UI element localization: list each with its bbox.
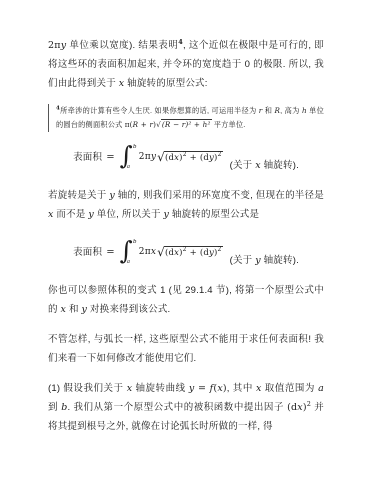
paragraph-y-axis-case: 若旋转是关于 y 轴的, 则我们采用的环宽度不变, 但现在的半径是 x 而不是 … (48, 186, 324, 224)
text-segment: 若旋转是关于 (48, 190, 109, 201)
math-segment: 2 (218, 151, 222, 158)
integral-sign: ∫ b a (120, 141, 137, 173)
formula-lhs: 表面积 (73, 243, 102, 262)
integrand-coefficient: 2πy (139, 148, 156, 167)
math-segment: (d (165, 153, 174, 163)
text-segment: 轴旋转的原型公式是 (169, 209, 259, 220)
text-segment: 不管怎样, 与弧长一样, 这些原型公式不能用于求任何表面积! 我们来看一下如何修… (48, 334, 324, 364)
math-segment: 2π (139, 247, 151, 257)
math-segment: (d (287, 402, 297, 413)
text-segment: , 高为 (280, 106, 302, 115)
text-segment: 到 (48, 402, 61, 413)
radicand: (dx)2 + (dy)2 (164, 151, 223, 164)
text-segment: 所牵涉的计算有些令人生厌. 如果你想算的话, 可运用半径为 (60, 106, 259, 115)
formula-lhs: 表面积 (73, 148, 102, 167)
math-segment: = (194, 383, 209, 394)
integral-upper-limit: b (133, 239, 137, 245)
formula-annotation: (关于 x 轴旋转). (230, 156, 299, 175)
math-segment: 2π (139, 152, 151, 162)
text-segment: 单位, 所以关于 (94, 209, 164, 220)
text-segment: (关于 (230, 255, 256, 266)
math-segment: (R − r)² + h² (161, 119, 212, 129)
integral-sign: ∫ b a (120, 236, 137, 268)
integral-lower-limit: a (127, 164, 130, 170)
text-segment: 而不是 (54, 209, 89, 220)
text-segment: , 其中 (227, 383, 256, 394)
radicand: (dx)2 + (dy)2 (164, 246, 223, 259)
text-segment: (关于 (230, 160, 256, 171)
integral-upper-limit: b (133, 144, 137, 150)
integrand-coefficient: 2πx (139, 243, 156, 262)
math-segment: + (d (187, 248, 209, 258)
math-segment: + (138, 120, 149, 129)
text-segment: 取值范围为 (262, 383, 319, 394)
paragraph-step-1: (1) 假设我们关于 x 轴旋转曲线 y = f(x), 其中 x 取值范围为 … (48, 379, 324, 436)
text-segment: 和 (66, 304, 81, 315)
math-segment: 2 (218, 246, 222, 253)
math-segment: + (d (187, 153, 209, 163)
document-page: 2πy 单位乘以宽度). 结果表明4, 这个近似在极限中是可行的, 即将这些环的… (0, 0, 370, 480)
text-segment: 对换来得到该公式. (87, 304, 170, 315)
math-segment: (d (165, 248, 174, 258)
text-segment: . 我们从第一个原型公式中的被积函数中提出因子 (67, 402, 287, 413)
math-segment: y (151, 152, 156, 162)
text-segment: 和 (262, 106, 274, 115)
formula-annotation: (关于 y 轴旋转). (230, 251, 299, 270)
text-segment: 轴旋转). (261, 160, 299, 171)
math-segment: x (151, 247, 156, 257)
text-segment: 轴的, 则我们采用的环宽度不变, 但现在的半径是 (115, 190, 324, 201)
text-segment: 轴旋转). (261, 255, 299, 266)
math-segment: a (318, 383, 324, 394)
square-root: √ (dx)2 + (dy)2 (157, 246, 222, 259)
surface-area-formula-y-axis: 表面积 = ∫ b a 2πx √ (dx)2 + (dy)2 (关于 y 轴旋… (48, 235, 324, 269)
surface-area-formula-x-axis: 表面积 = ∫ b a 2πy √ (dx)2 + (dy)2 (关于 x 轴旋… (48, 140, 324, 174)
text-segment: 平方单位. (212, 120, 246, 129)
equals-sign: = (106, 148, 115, 167)
text-segment: 单位乘以宽度). 结果表明 (66, 40, 178, 51)
text-segment: 轴旋转的原型公式: (124, 78, 207, 89)
equals-sign: = (106, 243, 115, 262)
text-segment: 轴旋转曲线 (132, 383, 189, 394)
square-root: √ (dx)2 + (dy)2 (157, 151, 222, 164)
math-segment: π( (125, 120, 133, 129)
math-segment: 2π (48, 40, 61, 51)
paragraph-caveat: 不管怎样, 与弧长一样, 这些原型公式不能用于求任何表面积! 我们来看一下如何修… (48, 330, 324, 368)
footnote: 4所牵涉的计算有些令人生厌. 如果你想算的话, 可运用半径为 r 和 R, 高为… (48, 104, 324, 132)
paragraph-variation-reference: 你也可以参照体积的变式 1 (见 29.1.4 节), 将第一个原型公式中的 x… (48, 281, 324, 319)
text-segment: (1) 假设我们关于 (48, 383, 127, 394)
integral-lower-limit: a (127, 259, 130, 265)
paragraph-limit-argument: 2πy 单位乘以宽度). 结果表明4, 这个近似在极限中是可行的, 即将这些环的… (48, 36, 324, 93)
